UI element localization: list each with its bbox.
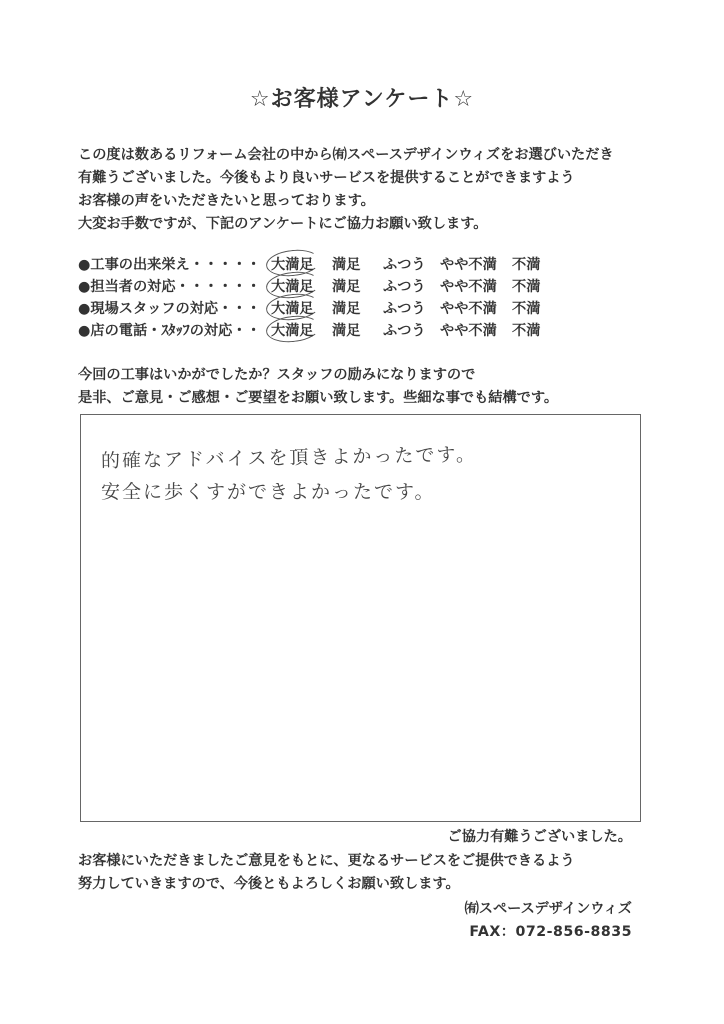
question-label: ●工事の出来栄え・・・・・ <box>78 254 261 274</box>
option-satisfied[interactable]: 満足 <box>332 276 360 296</box>
page-title: ☆お客様アンケート☆ <box>0 82 724 113</box>
option-dissatisfied[interactable]: 不満 <box>512 298 540 318</box>
intro-line: 有難うございました。今後もより良いサービスを提供することができますよう <box>78 167 614 190</box>
closing-line: お客様にいただきましたご意見をもとに、更なるサービスをご提供できるよう <box>78 850 575 873</box>
intro-line: お客様の声をいただきたいと思っております。 <box>78 190 614 213</box>
option-somewhat-dissatisfied[interactable]: やや不満 <box>440 320 497 340</box>
question-label: ●店の電話・ｽﾀｯﾌの対応・・ <box>78 320 261 340</box>
option-satisfied[interactable]: 満足 <box>332 320 360 340</box>
intro-line: この度は数あるリフォーム会社の中から㈲スペースデザインウィズをお選びいただき <box>78 144 614 167</box>
option-neutral[interactable]: ふつう <box>383 298 426 318</box>
option-dissatisfied[interactable]: 不満 <box>512 276 540 296</box>
prompt-line: 是非、ご意見・ご感想・ご要望をお願い致します。些細な事でも結構です。 <box>78 387 558 410</box>
question-label: ●現場スタッフの対応・・・ <box>78 298 261 318</box>
company-name: ㈲スペースデザインウィズ <box>465 898 632 918</box>
option-somewhat-dissatisfied[interactable]: やや不満 <box>440 276 497 296</box>
option-neutral[interactable]: ふつう <box>383 320 426 340</box>
rating-row-workmanship: ●工事の出来栄え・・・・・ 大満足 満足 ふつう やや不満 不満 <box>78 254 578 276</box>
closing-text: お客様にいただきましたご意見をもとに、更なるサービスをご提供できるよう 努力して… <box>78 850 575 896</box>
question-label: ●担当者の対応・・・・・・ <box>78 276 261 296</box>
option-somewhat-dissatisfied[interactable]: やや不満 <box>440 298 497 318</box>
option-very-satisfied[interactable]: 大満足 <box>271 320 314 340</box>
rating-row-staff-in-charge: ●担当者の対応・・・・・・ 大満足 満足 ふつう やや不満 不満 <box>78 276 578 298</box>
handwritten-comment-line: 安全に歩くすができよかったです。 <box>101 477 435 504</box>
option-satisfied[interactable]: 満足 <box>332 298 360 318</box>
option-neutral[interactable]: ふつう <box>383 276 426 296</box>
option-somewhat-dissatisfied[interactable]: やや不満 <box>440 254 497 274</box>
rating-row-phone-staff: ●店の電話・ｽﾀｯﾌの対応・・ 大満足 満足 ふつう やや不満 不満 <box>78 320 578 342</box>
intro-line: 大変お手数ですが、下記のアンケートにご協力お願い致します。 <box>78 213 614 236</box>
option-satisfied[interactable]: 満足 <box>332 254 360 274</box>
rating-row-site-staff: ●現場スタッフの対応・・・ 大満足 満足 ふつう やや不満 不満 <box>78 298 578 320</box>
option-dissatisfied[interactable]: 不満 <box>512 254 540 274</box>
closing-line: 努力していきますので、今後ともよろしくお願い致します。 <box>78 873 575 896</box>
fax-number: FAX：072-856-8835 <box>469 921 632 941</box>
option-dissatisfied[interactable]: 不満 <box>512 320 540 340</box>
comment-box[interactable]: 的確なアドバイスを頂きよかったです。 安全に歩くすができよかったです。 <box>80 414 641 822</box>
handwritten-comment-line: 的確なアドバイスを頂きよかったです。 <box>101 440 477 474</box>
option-neutral[interactable]: ふつう <box>383 254 426 274</box>
prompt-line: 今回の工事はいかがでしたか？スタッフの励みになりますので <box>78 364 558 387</box>
thanks-text: ご協力有難うございました。 <box>448 826 632 846</box>
comment-prompt: 今回の工事はいかがでしたか？スタッフの励みになりますので 是非、ご意見・ご感想・… <box>78 364 558 410</box>
rating-section: ●工事の出来栄え・・・・・ 大満足 満足 ふつう やや不満 不満 ●担当者の対応… <box>78 254 578 342</box>
intro-text: この度は数あるリフォーム会社の中から㈲スペースデザインウィズをお選びいただき 有… <box>78 144 614 236</box>
